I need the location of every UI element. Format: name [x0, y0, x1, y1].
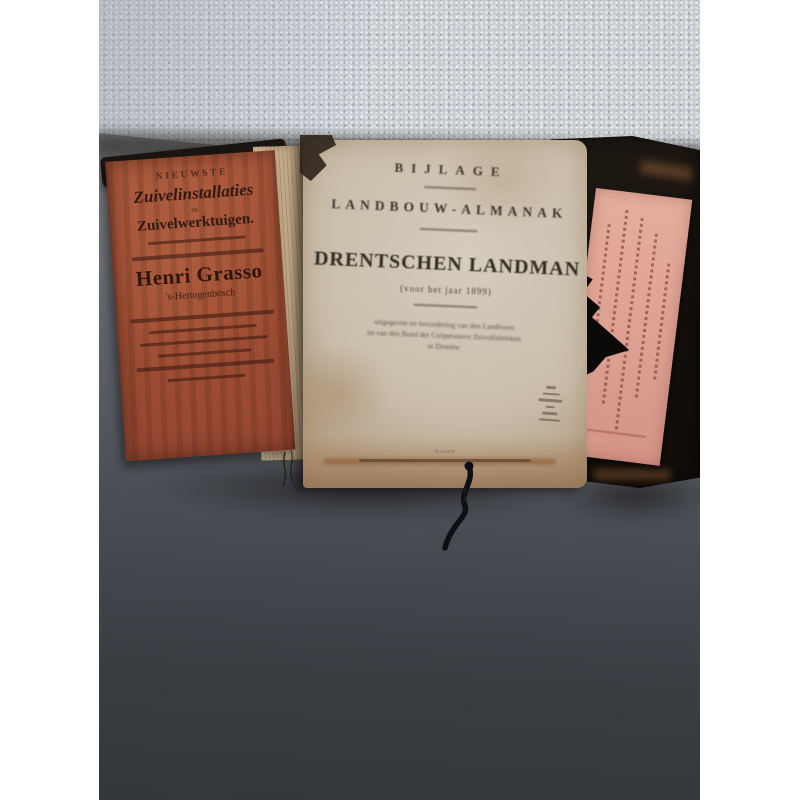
illegible-text-bar	[140, 335, 268, 347]
illegible-vertical-text-line	[615, 218, 644, 431]
leather-worn-highlight-top	[639, 160, 692, 181]
subtitle-lines: uitgegeven ter bevordering van den Landb…	[302, 313, 587, 358]
photo-antique-almanac-in-leather-folder: NIEUWSTE Zuivelinstallaties en Zuivelwer…	[99, 0, 700, 800]
illegible-vertical-text-line	[653, 263, 671, 382]
title-page-text-block: BIJLAGE LANDBOUW-ALMANAK DRENTSCHEN LAND…	[296, 134, 594, 494]
illegible-text-bar	[158, 348, 252, 358]
leather-worn-highlight-bottom	[594, 469, 670, 480]
label-rule	[580, 428, 646, 438]
title-page: BIJLAGE LANDBOUW-ALMANAK DRENTSCHEN LAND…	[303, 140, 587, 488]
illegible-text-block	[118, 309, 290, 385]
leather-tie-cord	[417, 456, 509, 560]
imprint-city: Assen	[303, 448, 587, 455]
main-title: DRENTSCHEN LANDMAN	[305, 247, 590, 282]
small-ink-stamp	[528, 385, 572, 423]
stamp-text-bar	[545, 405, 554, 408]
stamp-text-bar	[542, 392, 559, 396]
printed-rule	[413, 304, 477, 309]
year-line: (voor het jaar 1899)	[304, 279, 588, 301]
stamp-text-bar	[538, 398, 562, 402]
stamp-text-bar	[546, 386, 556, 389]
printed-rule	[424, 186, 476, 190]
illegible-text-bar	[168, 373, 245, 381]
illegible-text-bar	[149, 323, 256, 333]
orange-advert-page: NIEUWSTE Zuivelinstallaties en Zuivelwer…	[105, 150, 296, 461]
photo-frame: NIEUWSTE Zuivelinstallaties en Zuivelwer…	[0, 0, 800, 800]
illegible-text-bar	[130, 310, 274, 324]
almanak-label: LANDBOUW-ALMANAK	[307, 195, 591, 223]
illegible-text-bar	[148, 235, 245, 245]
advert-text-block: NIEUWSTE Zuivelinstallaties en Zuivelwer…	[107, 150, 296, 461]
printed-rule	[420, 228, 478, 232]
stamp-text-bar	[542, 411, 557, 415]
series-label: BIJLAGE	[309, 156, 593, 184]
illegible-text-bar	[137, 359, 275, 372]
